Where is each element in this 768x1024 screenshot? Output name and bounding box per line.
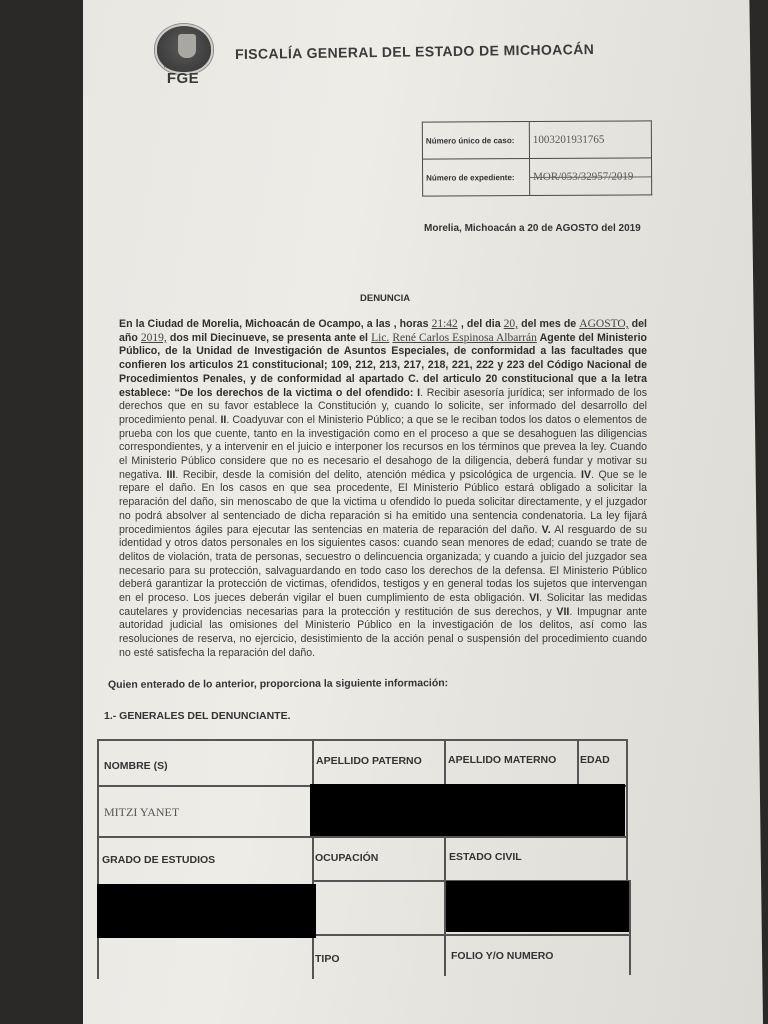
header-folio-numero: FOLIO Y/O NUMERO (451, 950, 553, 962)
header-tipo: TIPO (315, 953, 340, 965)
table-border (312, 934, 630, 936)
table-border (577, 739, 579, 785)
redaction-grado-estudios (97, 884, 316, 938)
table-border (97, 739, 99, 979)
redaction-estado-civil (446, 881, 629, 932)
redaction-apellidos-edad (310, 784, 625, 836)
table-border (312, 739, 314, 979)
table-border (629, 880, 631, 975)
complainant-table: NOMBRE (S) APELLIDO PATERNO APELLIDO MAT… (0, 0, 768, 1024)
header-grado-estudios: GRADO DE ESTUDIOS (102, 854, 215, 866)
header-apellido-materno: APELLIDO MATERNO (448, 754, 556, 766)
header-apellido-paterno: APELLIDO PATERNO (316, 755, 422, 767)
table-border (97, 739, 627, 741)
value-nombre: MITZI YANET (104, 805, 179, 820)
header-ocupacion: OCUPACIÓN (315, 852, 378, 864)
table-border (626, 739, 628, 881)
table-border (97, 836, 628, 838)
header-estado-civil: ESTADO CIVIL (449, 851, 522, 863)
header-edad: EDAD (580, 754, 610, 766)
header-nombre: NOMBRE (S) (104, 760, 168, 772)
table-border (444, 739, 446, 785)
